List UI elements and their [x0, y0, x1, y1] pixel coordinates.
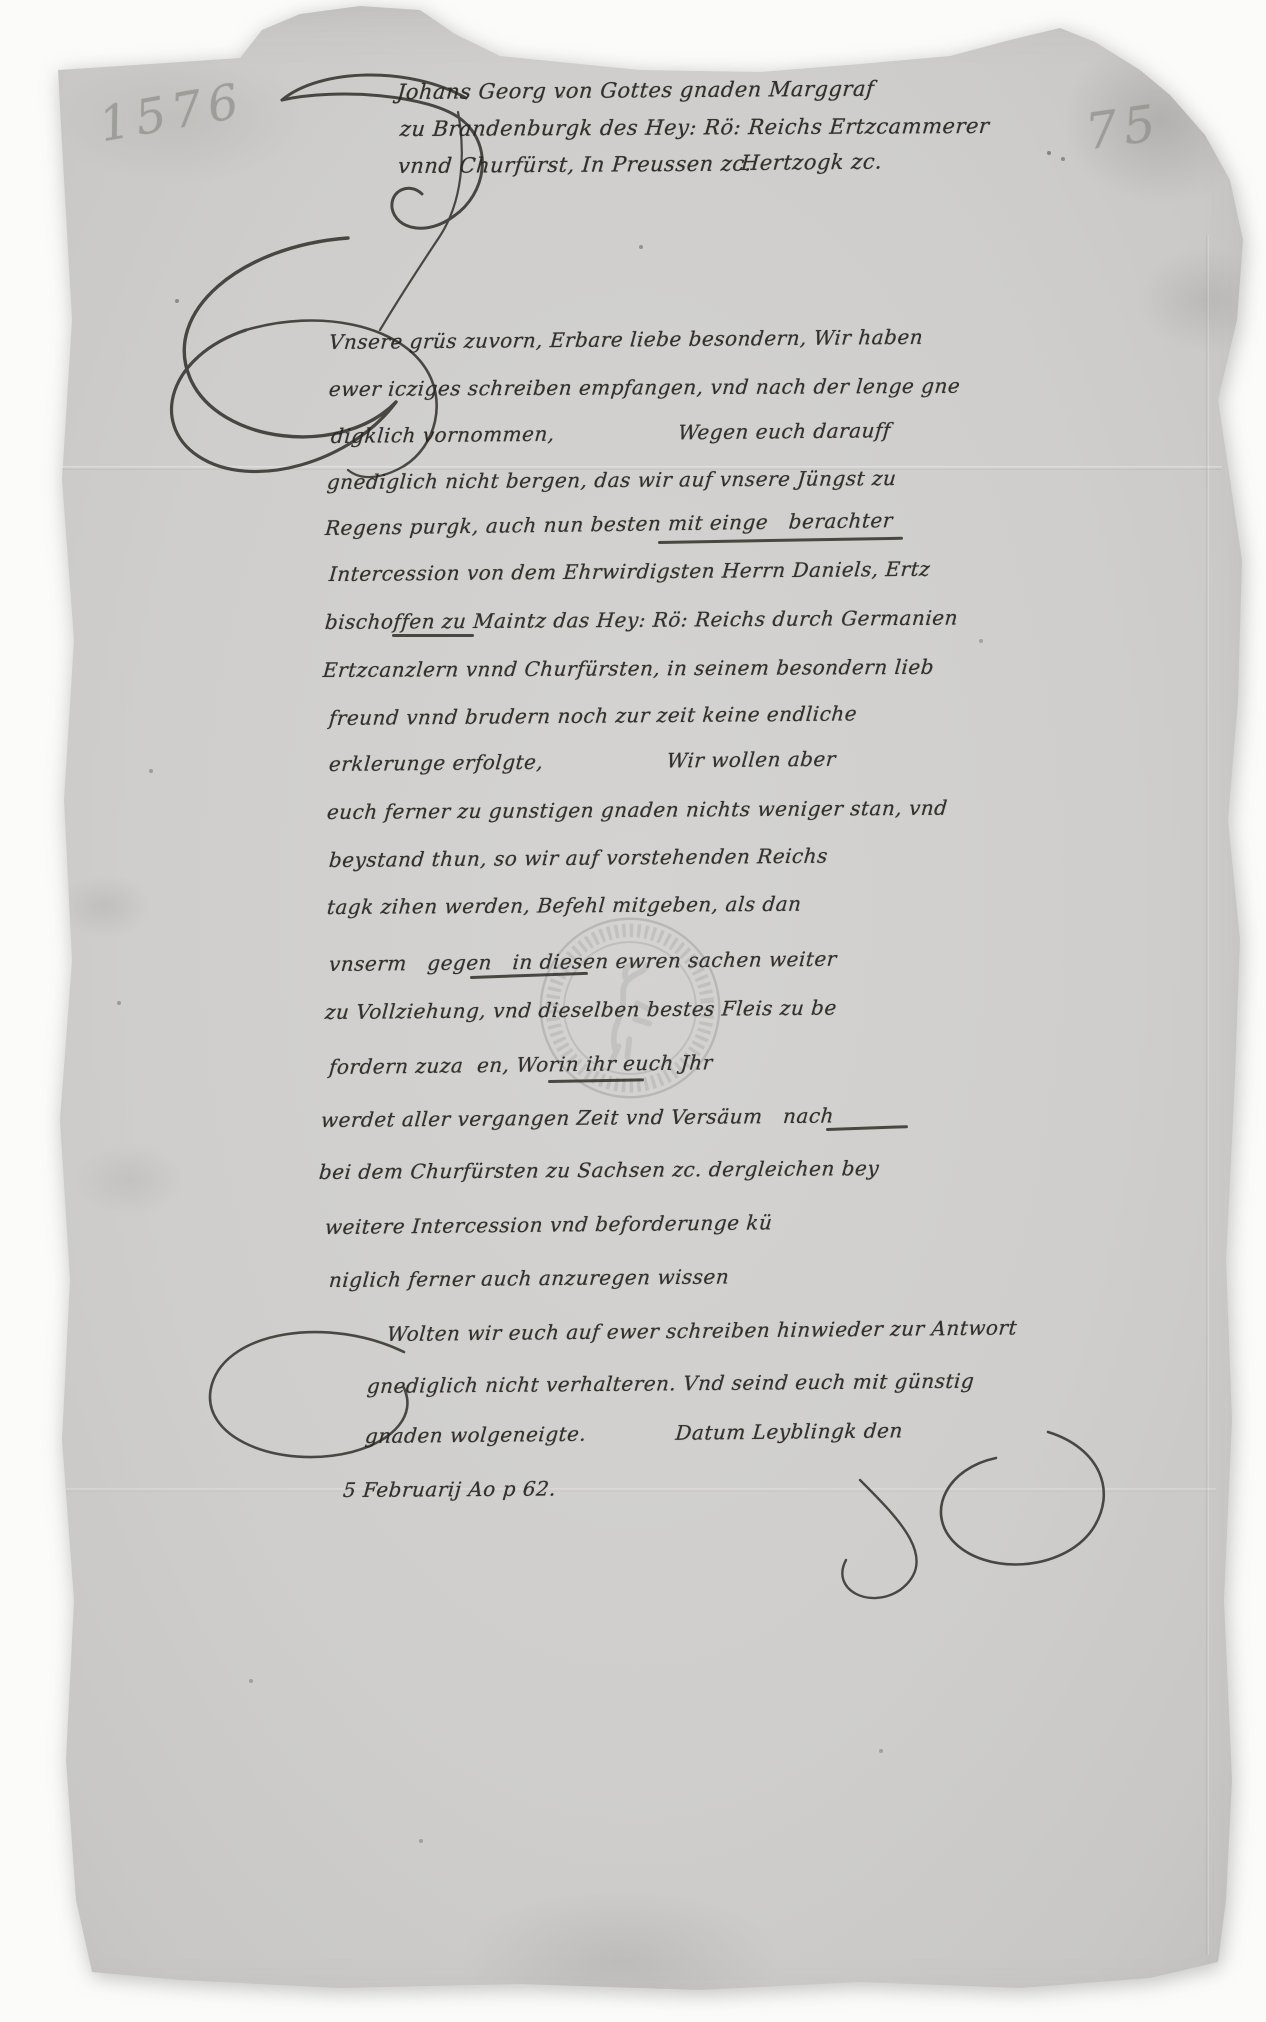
manuscript-line: euch ferner zu gunstigen gnaden nichts w…: [326, 796, 949, 824]
manuscript-line: freund vnnd brudern noch zur zeit keine …: [328, 701, 858, 730]
letterhead-line-right: Hertzogk zc.: [740, 150, 883, 176]
manuscript-line: weitere Intercession vnd beforderunge kü: [324, 1210, 773, 1239]
manuscript-line: 5 Februarij Ao p 62.: [342, 1477, 557, 1503]
manuscript-line: Ertzcanzlern vnnd Churfürsten, in seinem…: [322, 655, 935, 682]
folio-number: 75: [1082, 93, 1165, 161]
manuscript-line: werdet aller vergangen Zeit vnd Versäum …: [320, 1104, 835, 1132]
manuscript-line: bischoffen zu Maintz das Hey: Rö: Reichs…: [324, 606, 959, 634]
strikethrough-mark: [392, 634, 474, 637]
manuscript-line: zu Vollziehung, vnd dieselben bestes Fle…: [324, 996, 838, 1024]
manuscript-line: gnediglich nicht bergen, das wir auf vns…: [326, 466, 897, 494]
document-scan: 1576 75: [0, 0, 1266, 2022]
manuscript-line: beystand thun, so wir auf vorstehenden R…: [328, 844, 829, 872]
manuscript-line: fordern zuza en, Worin ihr euch Jhr: [328, 1050, 713, 1079]
manuscript-line: tagk zihen werden, Befehl mitgeben, als …: [326, 892, 803, 919]
letterhead-line: vnnd Churfürst, In Preussen zc.: [397, 152, 753, 178]
manuscript-line: ewer icziges schreiben empfangen, vnd na…: [328, 374, 961, 401]
letterhead-line: zu Brandenburgk des Hey: Rö: Reichs Ertz…: [399, 114, 990, 141]
ink-specks: [0, 0, 2, 2]
manuscript-line: niglich ferner auch anzuregen wissen: [328, 1265, 730, 1293]
manuscript-line: bei dem Churfürsten zu Sachsen zc. dergl…: [318, 1156, 880, 1184]
letterhead-line: Johans Georg von Gottes gnaden Marggraf: [396, 77, 875, 104]
